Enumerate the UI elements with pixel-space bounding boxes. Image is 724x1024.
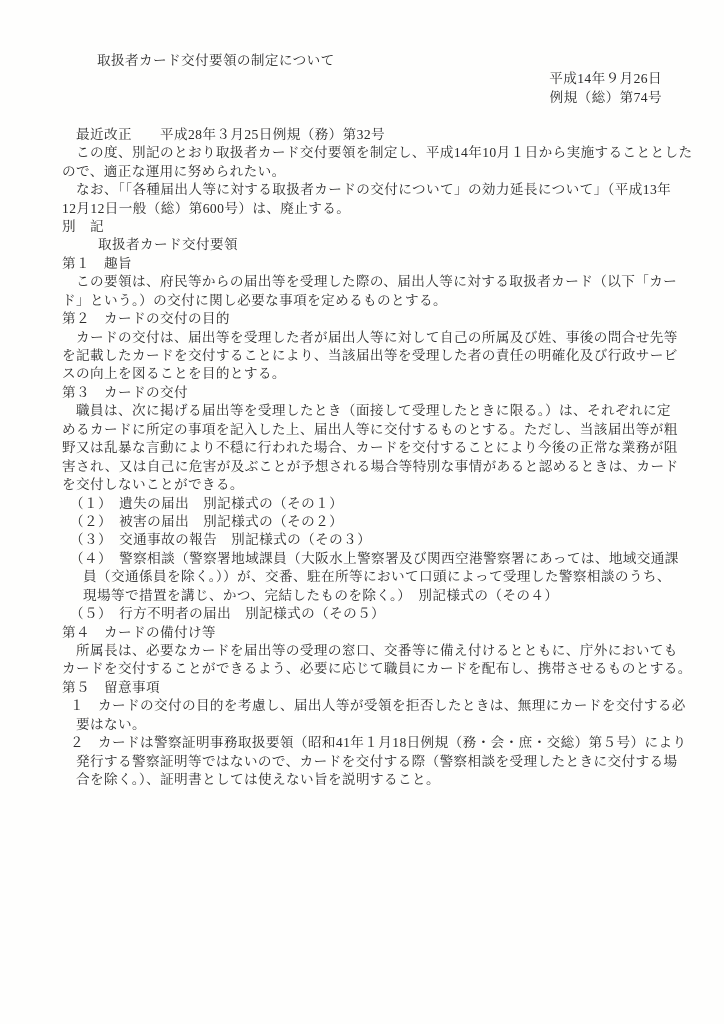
document-line: この度、別記のとおり取扱者カード交付要領を制定し、平成14年10月１日から実施す… (0, 144, 724, 162)
section-heading: 第２ カードの交付の目的 (0, 310, 724, 328)
document-line: 職員は、次に掲げる届出等を受理したとき（面接して受理したときに限る。）は、それぞ… (0, 402, 724, 420)
document-line: カードの交付は、届出等を受理した者が届出人等に対して自己の所属及び姓、事後の問合… (0, 329, 724, 347)
issue-date: 平成14年９月26日 (0, 70, 724, 88)
note-item: ２ カードは警察証明事務取扱要領（昭和41年１月18日例規（務・会・庶・交総）第… (0, 734, 724, 752)
document-line: を交付しないことができる。 (0, 476, 724, 494)
document-line: 野又は乱暴な言動により不穏に行われた場合、カードを交付することにより今後の正常な… (0, 439, 724, 457)
list-item: （１） 遺失の届出 別記様式の（その１） (0, 495, 724, 513)
section-heading: 第４ カードの備付け等 (0, 624, 724, 642)
document-title: 取扱者カード交付要領の制定について (0, 52, 724, 70)
document-line: ド」という。）の交付に関し必要な事項を定めるものとする。 (0, 292, 724, 310)
document-page: 取扱者カード交付要領の制定について 平成14年９月26日 例規（総）第74号 最… (0, 0, 724, 1024)
document-line: めるカードに所定の事項を記入した上、届出人等に交付するものとする。ただし、当該届… (0, 421, 724, 439)
list-item: （４） 警察相談（警察署地域課員（大阪水上警察署及び関西空港警察署にあっては、地… (0, 550, 724, 568)
document-line: カードを交付することができるよう、必要に応じて職員にカードを配布し、携帯させるも… (0, 660, 724, 678)
document-line: ので、適正な運用に努められたい。 (0, 163, 724, 181)
section-heading: 第１ 趣旨 (0, 255, 724, 273)
document-line: スの向上を図ることを目的とする。 (0, 365, 724, 383)
list-item: （２） 被害の届出 別記様式の（その２） (0, 513, 724, 531)
section-heading: 第３ カードの交付 (0, 384, 724, 402)
list-item: （５） 行方不明者の届出 別記様式の（その５） (0, 605, 724, 623)
document-number: 例規（総）第74号 (0, 89, 724, 107)
list-item-continuation: 員（交通係員を除く。））が、交番、駐在所等において口頭によって受理した警察相談の… (0, 568, 724, 586)
note-item-continuation: 要はない。 (0, 716, 724, 734)
note-item: １ カードの交付の目的を考慮し、届出人等が受領を拒否したときは、無理にカードを交… (0, 697, 724, 715)
list-item: （３） 交通事故の報告 別記様式の（その３） (0, 531, 724, 549)
section-heading: 第５ 留意事項 (0, 679, 724, 697)
document-line: この要領は、府民等からの届出等を受理した際の、届出人等に対する取扱者カード（以下… (0, 273, 724, 291)
blank-line (0, 107, 724, 125)
document-line: 最近改正 平成28年３月25日例規（務）第32号 (0, 126, 724, 144)
document-line: 所属長は、必要なカードを届出等の受理の窓口、交番等に備え付けるとともに、庁外にお… (0, 642, 724, 660)
document-line: 別 記 (0, 218, 724, 236)
list-item-continuation: 現場等で措置を講じ、かつ、完結したものを除く。） 別記様式の（その４） (0, 587, 724, 605)
document-line: なお、「「各種届出人等に対する取扱者カードの交付について」の効力延長について」（… (0, 181, 724, 199)
document-line: を記載したカードを交付することにより、当該届出等を受理した者の責任の明確化及び行… (0, 347, 724, 365)
note-item-continuation: 合を除く。）、証明書としては使えない旨を説明すること。 (0, 771, 724, 789)
note-item-continuation: 発行する警察証明等ではないので、カードを交付する際（警察相談を受理したときに交付… (0, 753, 724, 771)
document-line: 12月12日一般（総）第600号）は、廃止する。 (0, 200, 724, 218)
appendix-title: 取扱者カード交付要領 (0, 236, 724, 254)
document-line: 害され、又は自己に危害が及ぶことが予想される場合等特別な事情があると認めるときは… (0, 458, 724, 476)
